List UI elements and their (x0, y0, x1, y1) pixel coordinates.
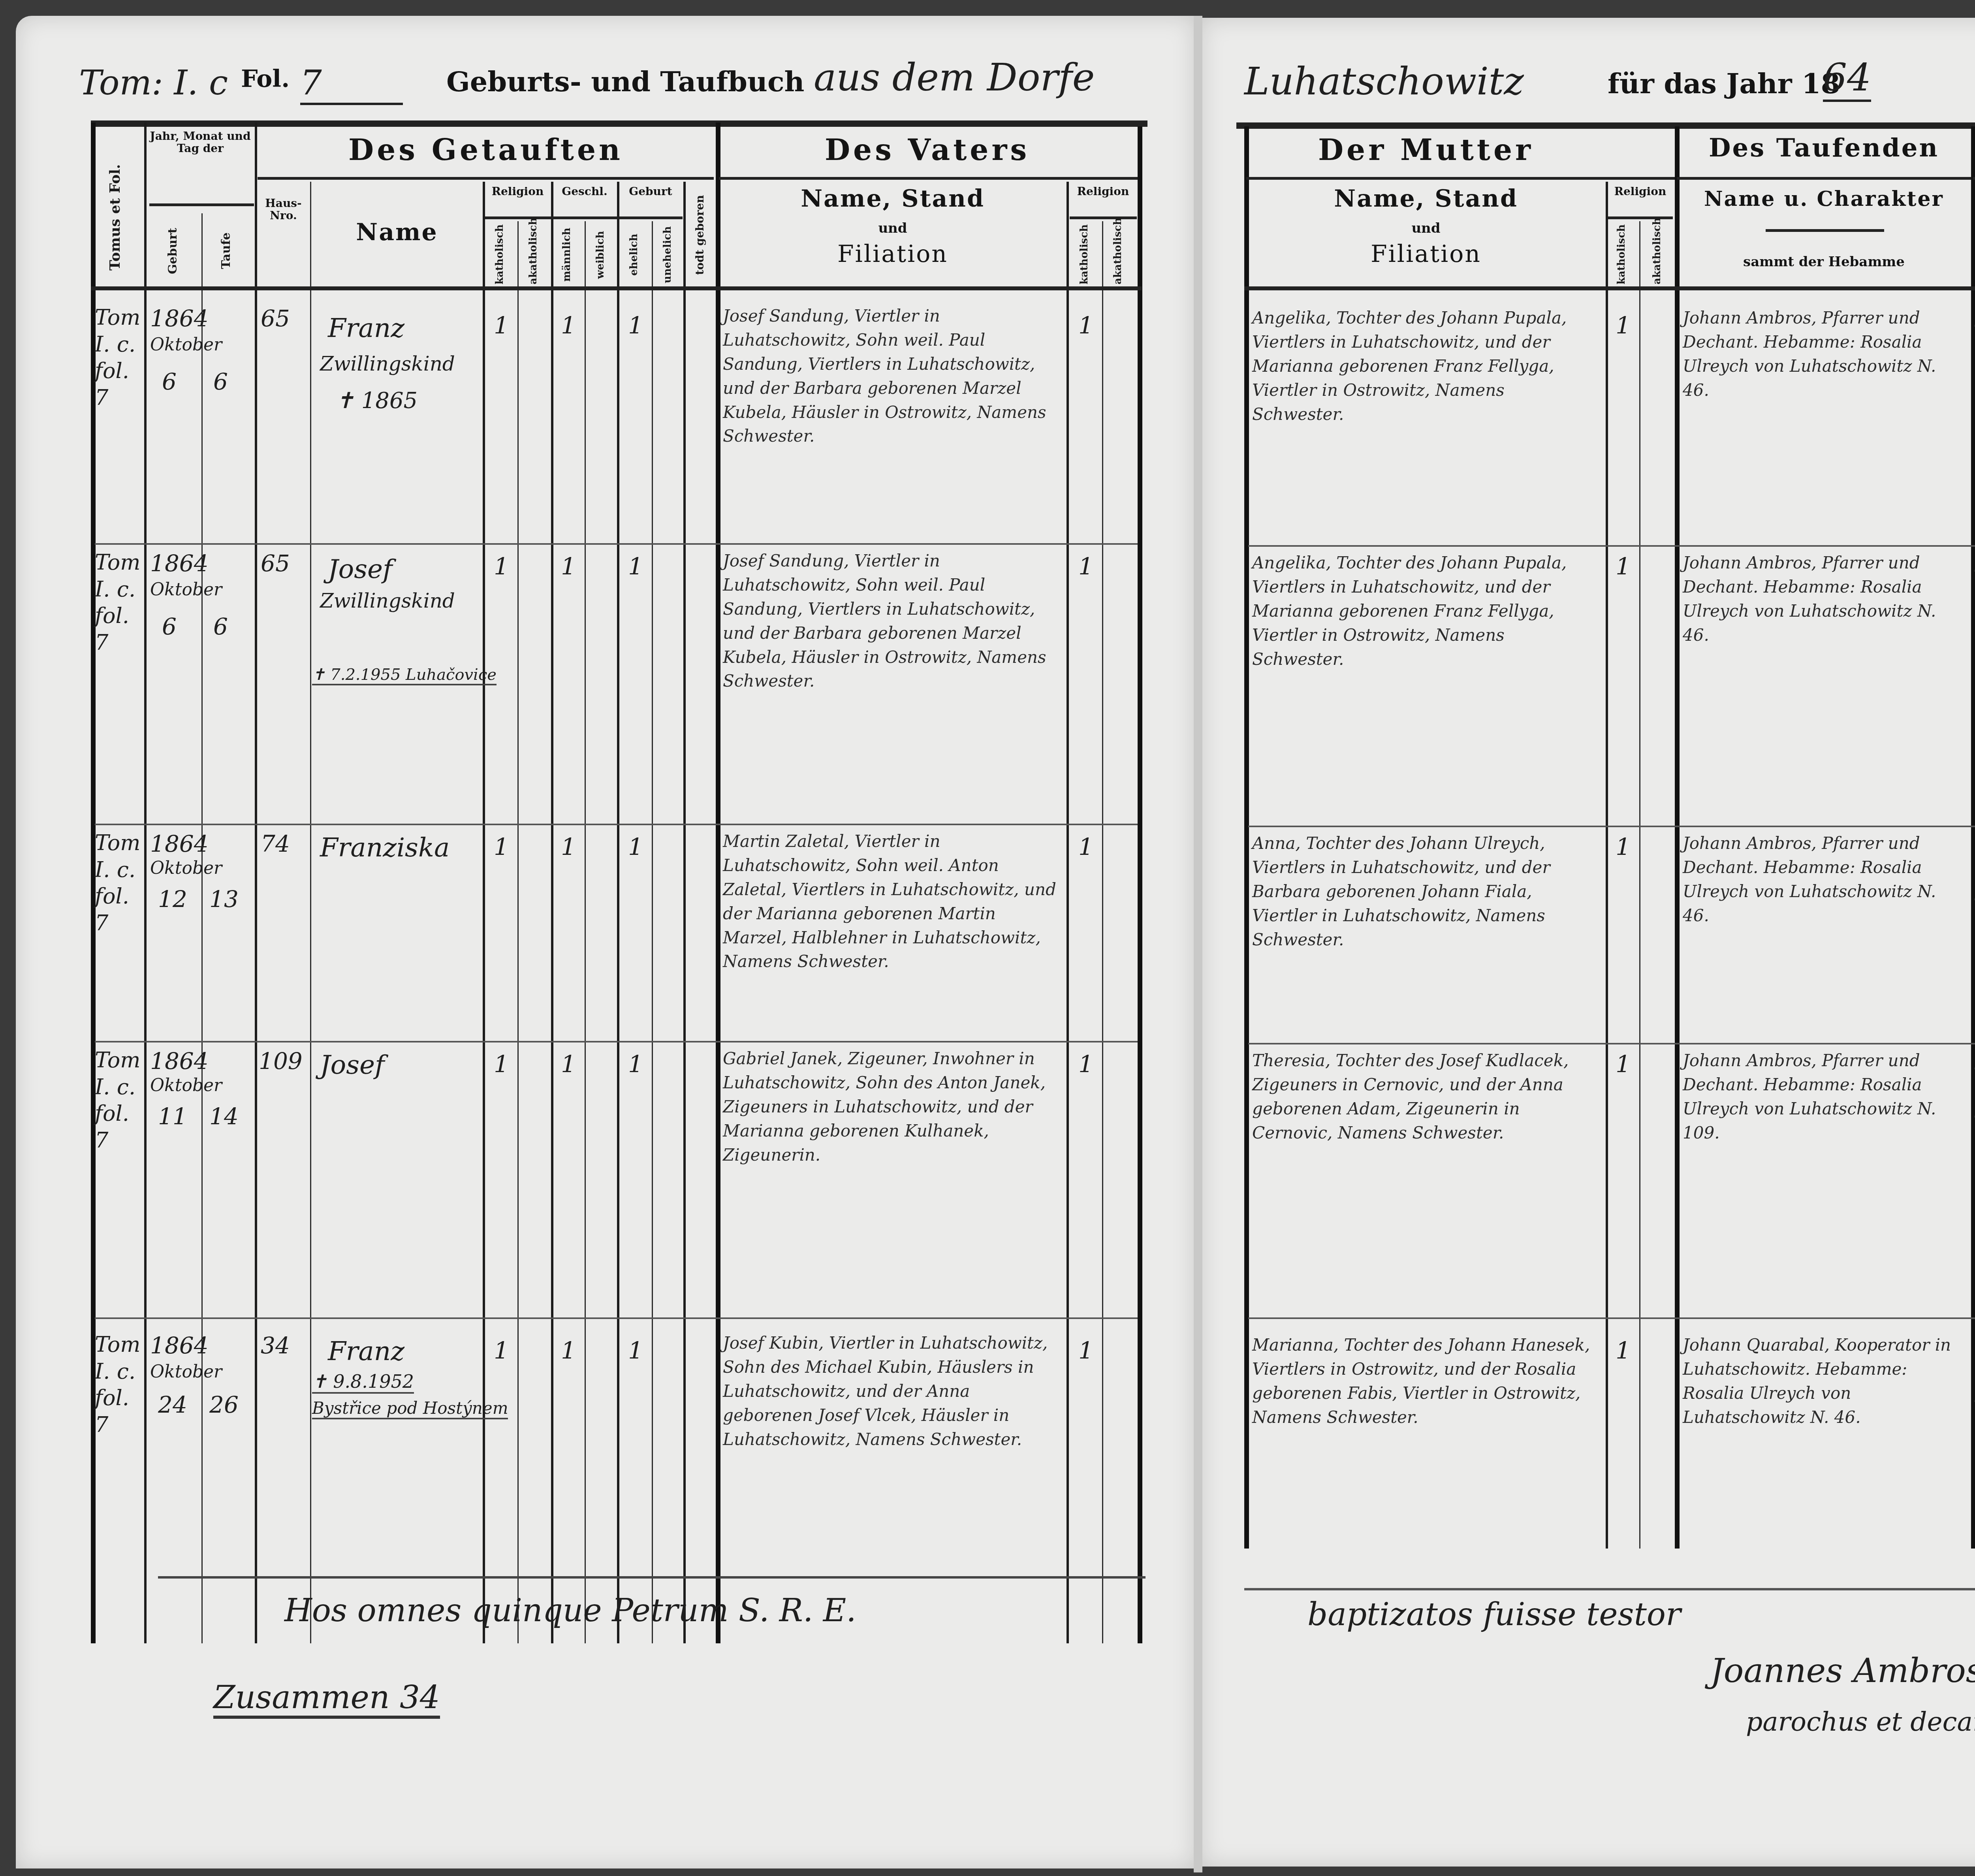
entry-mother: Anna, Tochter des Johann Ulreych, Viertl… (1252, 832, 1600, 952)
entry-year: 1864 (150, 1331, 253, 1360)
house-number-header: Haus-Nro. (257, 198, 310, 222)
mother-catholic-mark: 1 (1616, 1337, 1631, 1365)
entry-house-number: 34 (261, 1331, 290, 1360)
entry-father: Josef Kubin, Viertler in Luhatschowitz, … (723, 1331, 1063, 1451)
row-separator (95, 1041, 1138, 1042)
tome-label: Tom: I. c (79, 63, 228, 103)
row-separator (1248, 1043, 1975, 1044)
baptizer-group-header: Des Taufenden (1679, 134, 1969, 162)
illegitimate-header: unehelich (662, 225, 673, 284)
mother-catholic-header: katholisch (1616, 227, 1627, 284)
baptizer-name-header: Name u. Charakter (1679, 188, 1969, 210)
rule (149, 203, 254, 206)
entry-mother: Angelika, Tochter des Johann Pupala, Vie… (1252, 551, 1600, 671)
father-catholic-mark: 1 (1078, 1051, 1093, 1078)
entry-birth-day: 6 (162, 367, 177, 396)
col-line (1639, 221, 1640, 1549)
top-rule-left (91, 120, 1147, 127)
entry-tomus: Tom I. c. fol. 7 (95, 304, 142, 411)
rule (258, 177, 714, 180)
baptism-date-header: Taufe (219, 221, 233, 280)
religion-header: Religion (485, 186, 550, 198)
male-header: männlich (561, 225, 573, 284)
mother-und-label: und (1248, 221, 1604, 236)
mother-name-header: Name, Stand (1248, 186, 1604, 212)
top-rule-right (1236, 122, 1975, 129)
entry-baptism-day: 13 (209, 885, 239, 914)
col-line (1066, 182, 1069, 1643)
entry-father: Josef Sandung, Viertler in Luhatschowitz… (723, 549, 1063, 693)
mother-acatholic-header: akatholisch (1651, 227, 1663, 284)
female-header: weiblich (594, 225, 606, 284)
male-mark: 1 (561, 312, 576, 340)
entry-baptism-day: 26 (209, 1391, 239, 1419)
row-separator (1248, 1317, 1975, 1319)
table-border-right (1138, 126, 1142, 1643)
col-line (310, 182, 311, 1643)
folio-value: 7 (300, 63, 403, 105)
entry-year: 1864 (150, 304, 253, 333)
col-line (483, 182, 485, 1643)
row-separator (1248, 826, 1975, 827)
entry-baptizer: Johann Quarabal, Kooperator in Luhatscho… (1683, 1333, 1967, 1430)
closing-text-left: Hos omnes quinque Petrum S. R. E. (284, 1592, 856, 1629)
col-line (1102, 221, 1103, 1643)
col-line (1675, 126, 1680, 1549)
mother-group-header: Der Mutter (1248, 134, 1604, 166)
entry-year: 1864 (150, 549, 253, 578)
entry-death-note: ✝ 1865 (336, 387, 418, 415)
acatholic-header: akatholisch (527, 225, 539, 284)
entry-house-number: 65 (261, 304, 290, 333)
row-separator (1248, 545, 1975, 547)
col-line (617, 182, 619, 1643)
entry-baptism-day: 14 (209, 1102, 239, 1131)
mother-catholic-mark: 1 (1616, 553, 1631, 581)
ornament-rule (1766, 229, 1884, 232)
rule (485, 216, 683, 219)
entry-month: Oktober (150, 1361, 253, 1383)
rule (1246, 177, 1675, 180)
rule (1677, 177, 1971, 180)
entry-tomus: Tom I. c. fol. 7 (95, 1047, 142, 1153)
mother-religion-header: Religion (1608, 186, 1673, 198)
entry-death-note: ✝ 7.2.1955 Luhačovice (312, 666, 497, 685)
legitimate-header: ehelich (628, 225, 640, 284)
entry-baptism-day: 6 (213, 612, 228, 641)
catholic-mark: 1 (494, 1337, 509, 1365)
year-label: für das Jahr 18 (1608, 67, 1840, 100)
village-name: Luhatschowitz (1244, 59, 1524, 103)
col-line (585, 221, 586, 1643)
header-bottom-rule (1244, 286, 1975, 290)
closing-rule-right (1244, 1588, 1975, 1590)
birth-date-header: Geburt (166, 221, 180, 280)
father-catholic-header: katholisch (1078, 227, 1090, 284)
row-separator (95, 824, 1138, 825)
entry-child-name: Franz (328, 312, 404, 345)
rule (1973, 177, 1975, 180)
father-und-label: und (723, 221, 1063, 236)
entry-birth-day: 12 (158, 885, 187, 914)
male-mark: 1 (561, 553, 576, 581)
entry-baptizer: Johann Ambros, Pfarrer und Dechant. Heba… (1683, 832, 1967, 928)
entry-mother: Theresia, Tochter des Josef Kudlacek, Zi… (1252, 1049, 1600, 1145)
entry-child-name: Franz (328, 1335, 404, 1368)
mother-catholic-mark: 1 (1616, 1051, 1631, 1078)
entry-child-name: Josef (328, 553, 393, 586)
closing-rule-left (158, 1576, 1145, 1579)
entry-birth-day: 24 (158, 1391, 187, 1419)
male-mark: 1 (561, 1051, 576, 1078)
sex-header: Geschl. (553, 186, 616, 198)
entry-baptism-day: 6 (213, 367, 228, 396)
table-border-left (1244, 126, 1249, 1549)
header-bottom-rule (91, 286, 1142, 290)
baptized-group-header: Des Getauften (261, 134, 711, 166)
father-religion-header: Religion (1068, 186, 1138, 198)
tomus-header: Tomus et Fol. (107, 158, 123, 277)
birth-type-header: Geburt (619, 186, 682, 198)
entry-baptizer: Johann Ambros, Pfarrer und Dechant. Heba… (1683, 1049, 1967, 1145)
col-line (652, 221, 653, 1643)
stillborn-header: todt geboren (693, 190, 706, 280)
catholic-mark: 1 (494, 834, 509, 861)
entry-name-note: Zwillingskind (320, 589, 455, 613)
col-line (144, 122, 147, 1643)
book-gutter (1194, 16, 1202, 1872)
female-mark: 1 (561, 834, 576, 861)
father-acatholic-header: akatholisch (1112, 227, 1124, 284)
male-mark: 1 (561, 1337, 576, 1365)
entry-death-note: ✝ 9.8.1952 (312, 1371, 414, 1394)
entry-month: Oktober (150, 1074, 253, 1096)
catholic-mark: 1 (494, 553, 509, 581)
year-suffix: 64 (1823, 55, 1871, 102)
col-line (551, 182, 553, 1643)
father-catholic-mark: 1 (1078, 1337, 1093, 1365)
closing-text-right: baptizatos fuisse testor (1307, 1596, 1681, 1633)
rule (1070, 216, 1137, 219)
father-group-header: Des Vaters (719, 134, 1136, 166)
register-title: Geburts- und Taufbuch (446, 65, 804, 98)
col-line (683, 182, 686, 1643)
col-line (255, 122, 257, 1643)
col-line (1971, 126, 1975, 1549)
entry-month: Oktober (150, 857, 253, 879)
entry-year: 1864 (150, 830, 253, 858)
entry-father: Gabriel Janek, Zigeuner, Inwohner in Luh… (723, 1047, 1063, 1167)
mother-filiation-header: Filiation (1248, 241, 1604, 267)
father-name-header: Name, Stand (723, 186, 1063, 212)
father-catholic-mark: 1 (1078, 553, 1093, 581)
entry-house-number: 74 (261, 830, 290, 858)
pastor-signature: Joannes Ambros (1710, 1651, 1975, 1690)
entry-tomus: Tom I. c. fol. 7 (95, 549, 142, 656)
entry-child-name: Franziska (320, 832, 450, 864)
rule (719, 177, 1138, 180)
legitimate-mark: 1 (628, 834, 643, 861)
entry-death-place: Bystřice pod Hostýnem (312, 1398, 508, 1419)
pastor-title: parochus et decanus (1746, 1707, 1975, 1737)
entry-month: Oktober (150, 579, 253, 600)
entry-house-number: 65 (261, 549, 290, 578)
entry-month: Oktober (150, 334, 253, 356)
entry-house-number: 109 (259, 1047, 303, 1076)
row-separator (95, 543, 1138, 545)
mother-catholic-mark: 1 (1616, 312, 1631, 340)
entry-birth-day: 11 (158, 1102, 187, 1131)
col-line (1606, 182, 1608, 1549)
entry-baptizer: Johann Ambros, Pfarrer und Dechant. Heba… (1683, 551, 1967, 647)
legitimate-mark: 1 (628, 1051, 643, 1078)
place-prefix: aus dem Dorfe (814, 55, 1095, 100)
entry-tomus: Tom I. c. fol. 7 (95, 1331, 142, 1438)
entries-summary: Zusammen 34 (213, 1679, 440, 1719)
catholic-mark: 1 (494, 312, 509, 340)
baptized-name-header: Name (312, 219, 482, 245)
entry-father: Josef Sandung, Viertler in Luhatschowitz… (723, 304, 1063, 448)
father-catholic-mark: 1 (1078, 312, 1093, 340)
entry-birth-day: 6 (162, 612, 177, 641)
catholic-mark: 1 (494, 1051, 509, 1078)
row-separator (95, 1317, 1138, 1319)
entry-tomus: Tom I. c. fol. 7 (95, 830, 142, 936)
col-line (716, 122, 720, 1643)
legitimate-mark: 1 (628, 312, 643, 340)
col-line (517, 221, 519, 1643)
father-catholic-mark: 1 (1078, 834, 1093, 861)
legitimate-mark: 1 (628, 1337, 643, 1365)
rule (1608, 216, 1673, 219)
midwife-header: sammt der Hebamme (1679, 255, 1969, 269)
entry-child-name: Josef (320, 1049, 385, 1082)
date-group-header: Jahr, Monat und Tag der (147, 130, 254, 155)
father-filiation-header: Filiation (723, 241, 1063, 267)
col-line (201, 213, 203, 1643)
entry-mother: Marianna, Tochter des Johann Hanesek, Vi… (1252, 1333, 1600, 1430)
legitimate-mark: 1 (628, 553, 643, 581)
entry-baptizer: Johann Ambros, Pfarrer und Dechant. Heba… (1683, 306, 1967, 403)
entry-year: 1864 (150, 1047, 253, 1076)
entry-father: Martin Zaletal, Viertler in Luhatschowit… (723, 830, 1063, 974)
catholic-header: katholisch (494, 225, 506, 284)
entry-name-note: Zwillingskind (320, 352, 455, 376)
folio-label: Fol. (241, 65, 290, 93)
mother-catholic-mark: 1 (1616, 834, 1631, 861)
entry-mother: Angelika, Tochter des Johann Pupala, Vie… (1252, 306, 1600, 426)
